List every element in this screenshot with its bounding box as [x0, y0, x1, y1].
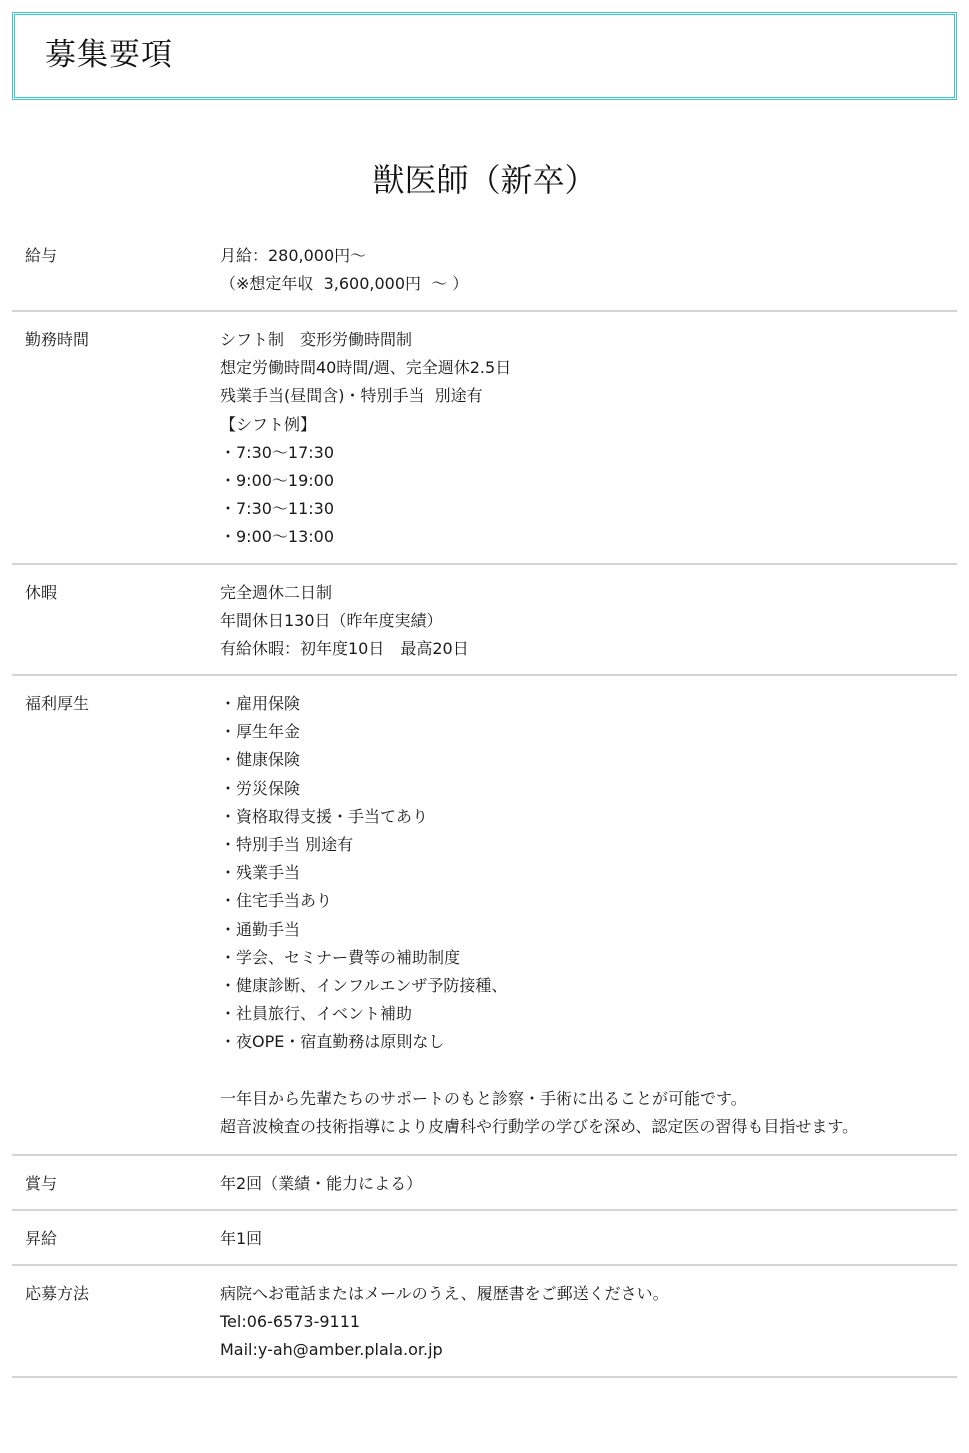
- row-value: 年2回（業績・能力による）: [220, 1156, 957, 1209]
- job-title: 獣医師（新卒）: [0, 158, 969, 202]
- row-bonus: 賞与 年2回（業績・能力による）: [12, 1156, 957, 1211]
- row-value: ・雇用保険 ・厚生年金 ・健康保険 ・労災保険 ・資格取得支援・手当てあり ・特…: [220, 676, 957, 1154]
- value-line: ・社員旅行、イベント補助: [220, 1000, 957, 1028]
- row-label: 賞与: [12, 1156, 220, 1209]
- row-value: 年1回: [220, 1211, 957, 1264]
- row-application: 応募方法 病院へお電話またはメールのうえ、履歴書をご郵送ください。 Tel:06…: [12, 1266, 957, 1378]
- value-line: ・9:00～19:00: [220, 467, 957, 495]
- value-line: [220, 1057, 957, 1085]
- row-working-hours: 勤務時間 シフト制 変形労働時間制 想定労働時間40時間/週、完全週休2.5日 …: [12, 312, 957, 565]
- row-label: 勤務時間: [12, 312, 220, 563]
- row-holidays: 休暇 完全週休二日制 年間休日130日（昨年度実績） 有給休暇：初年度10日 最…: [12, 565, 957, 676]
- value-line: ・労災保険: [220, 775, 957, 803]
- value-line: ・特別手当 別途有: [220, 831, 957, 859]
- value-line: 一年目から先輩たちのサポートのもと診察・手術に出ることが可能です。: [220, 1085, 957, 1113]
- value-line: ・住宅手当あり: [220, 887, 957, 915]
- value-line: ・7:30～17:30: [220, 439, 957, 467]
- recruitment-table: 給与 月給：280,000円～ （※想定年収 3,600,000円 ～ ） 勤務…: [12, 228, 957, 1378]
- row-raise: 昇給 年1回: [12, 1211, 957, 1266]
- row-value: シフト制 変形労働時間制 想定労働時間40時間/週、完全週休2.5日 残業手当(…: [220, 312, 957, 563]
- value-line: ・健康保険: [220, 746, 957, 774]
- row-label: 休暇: [12, 565, 220, 674]
- value-line: ・雇用保険: [220, 690, 957, 718]
- email-address[interactable]: Mail:y-ah@amber.plala.or.jp: [220, 1336, 957, 1364]
- value-line: 年1回: [220, 1225, 957, 1253]
- value-line: ・残業手当: [220, 859, 957, 887]
- value-line: 想定労働時間40時間/週、完全週休2.5日: [220, 354, 957, 382]
- row-value: 完全週休二日制 年間休日130日（昨年度実績） 有給休暇：初年度10日 最高20…: [220, 565, 957, 674]
- row-salary: 給与 月給：280,000円～ （※想定年収 3,600,000円 ～ ）: [12, 228, 957, 312]
- row-label: 給与: [12, 228, 220, 310]
- value-line: 月給：280,000円～: [220, 242, 957, 270]
- value-line: 【シフト例】: [220, 411, 957, 439]
- row-value: 月給：280,000円～ （※想定年収 3,600,000円 ～ ）: [220, 228, 957, 310]
- phone-number[interactable]: Tel:06-6573-9111: [220, 1308, 957, 1336]
- value-line: 超音波検査の技術指導により皮膚科や行動学の学びを深め、認定医の習得も目指せます。: [220, 1113, 957, 1141]
- value-line: 有給休暇：初年度10日 最高20日: [220, 635, 957, 663]
- value-line: 病院へお電話またはメールのうえ、履歴書をご郵送ください。: [220, 1280, 957, 1308]
- value-line: ・9:00～13:00: [220, 523, 957, 551]
- value-line: ・通勤手当: [220, 916, 957, 944]
- row-benefits: 福利厚生 ・雇用保険 ・厚生年金 ・健康保険 ・労災保険 ・資格取得支援・手当て…: [12, 676, 957, 1156]
- row-value: 病院へお電話またはメールのうえ、履歴書をご郵送ください。 Tel:06-6573…: [220, 1266, 957, 1376]
- value-line: ・夜OPE・宿直勤務は原則なし: [220, 1028, 957, 1056]
- value-line: ・健康診断、インフルエンザ予防接種、: [220, 972, 957, 1000]
- section-title: 募集要項: [45, 35, 173, 75]
- value-line: ・資格取得支援・手当てあり: [220, 803, 957, 831]
- value-line: 年間休日130日（昨年度実績）: [220, 607, 957, 635]
- value-line: （※想定年収 3,600,000円 ～ ）: [220, 270, 957, 298]
- row-label: 昇給: [12, 1211, 220, 1264]
- row-label: 福利厚生: [12, 676, 220, 1154]
- value-line: 完全週休二日制: [220, 579, 957, 607]
- value-line: 年2回（業績・能力による）: [220, 1170, 957, 1198]
- value-line: ・学会、セミナー費等の補助制度: [220, 944, 957, 972]
- value-line: ・7:30～11:30: [220, 495, 957, 523]
- section-header-box: 募集要項: [12, 12, 957, 100]
- value-line: 残業手当(昼間含)・特別手当 別途有: [220, 382, 957, 410]
- row-label: 応募方法: [12, 1266, 220, 1376]
- value-line: ・厚生年金: [220, 718, 957, 746]
- value-line: シフト制 変形労働時間制: [220, 326, 957, 354]
